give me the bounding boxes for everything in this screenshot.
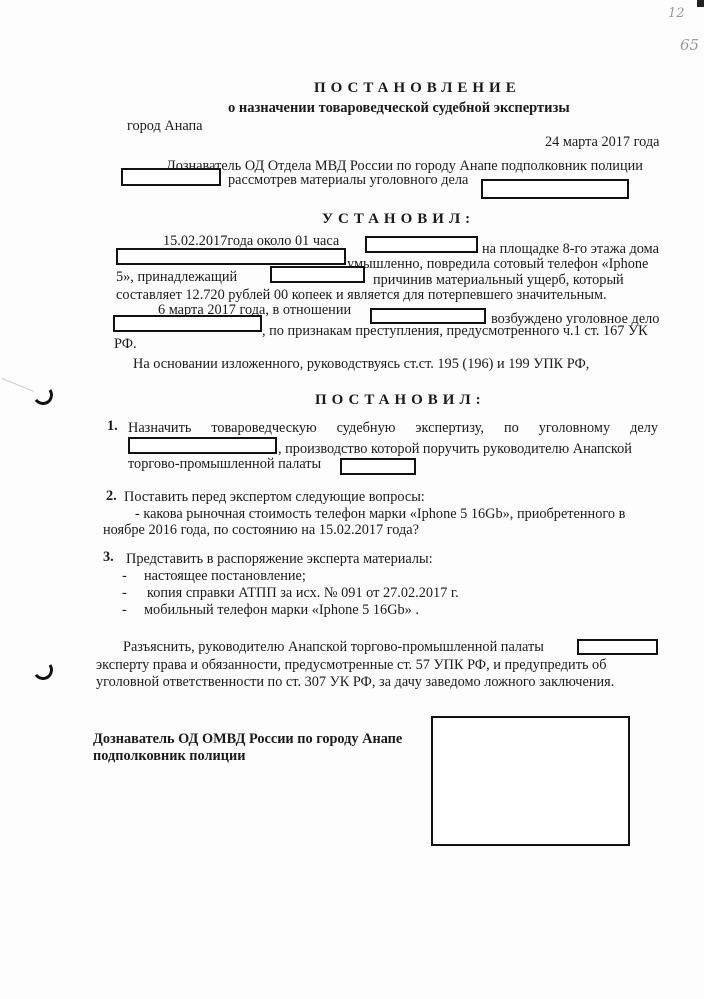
- intro-line: рассмотрев материалы уголовного дела: [228, 172, 468, 188]
- redacted-case-number: [481, 179, 629, 199]
- city: город Анапа: [127, 118, 203, 134]
- text-line: , по признакам преступления, предусмотре…: [262, 323, 648, 339]
- text-line: на площадке 8-го этажа дома: [482, 241, 659, 257]
- text-line: умышленно, повредила сотовый телефон «Ip…: [347, 256, 648, 272]
- item-line: - какова рыночная стоимость телефон марк…: [135, 506, 625, 522]
- explanation-line: эксперту права и обязанности, предусмотр…: [96, 657, 606, 673]
- signature-line: Дознаватель ОД ОМВД России по городу Ана…: [93, 731, 402, 747]
- section-heading-established: УСТАНОВИЛ:: [322, 211, 475, 227]
- redacted-expert-name: [577, 639, 658, 655]
- redacted-owner: [270, 266, 365, 283]
- redacted-name: [365, 236, 478, 253]
- redacted-name: [121, 168, 221, 186]
- punch-hole-mark: [31, 383, 54, 406]
- explanation-line: Разъяснить, руководителю Анапской торгов…: [123, 639, 544, 655]
- item-number: 1.: [107, 418, 118, 434]
- item-number: 3.: [103, 549, 114, 565]
- item-line: , производство которой поручить руководи…: [278, 441, 632, 457]
- margin-note: 12: [668, 6, 685, 21]
- text-line: причинив материальный ущерб, который: [373, 272, 624, 288]
- redacted-person: [113, 315, 262, 332]
- text-line: составляет 12.720 рублей 00 копеек и явл…: [116, 287, 607, 303]
- text-line: РФ.: [114, 336, 137, 352]
- bullet-dash: -: [122, 585, 127, 601]
- bullet-item: копия справки АТПП за исх. № 091 от 27.0…: [147, 585, 459, 601]
- item-line: ноябре 2016 года, по состоянию на 15.02.…: [103, 522, 419, 538]
- document-title: ПОСТАНОВЛЕНИЕ: [314, 80, 521, 96]
- document-date: 24 марта 2017 года: [545, 134, 660, 150]
- redacted-signature: [431, 716, 630, 846]
- redacted-person: [370, 308, 486, 324]
- item-line: Назначить товароведческую судебную экспе…: [128, 420, 658, 436]
- bullet-dash: -: [122, 602, 127, 618]
- item-line: Представить в распоряжение эксперта мате…: [126, 551, 433, 567]
- text-line: 15.02.2017года около 01 часа: [163, 233, 339, 249]
- corner-mark: [697, 0, 704, 7]
- item-line: Поставить перед экспертом следующие вопр…: [124, 489, 425, 505]
- bullet-item: мобильный телефон марки «Iphone 5 16Gb» …: [144, 602, 419, 618]
- bullet-dash: -: [122, 568, 127, 584]
- explanation-line: уголовной ответственности по ст. 307 УК …: [96, 674, 614, 690]
- scan-artifact: [2, 378, 34, 392]
- redacted-case-number: [128, 437, 277, 454]
- section-heading-resolved: ПОСТАНОВИЛ:: [315, 392, 486, 408]
- redacted-address: [116, 248, 346, 265]
- item-line: торгово-промышленной палаты: [128, 456, 321, 472]
- item-number: 2.: [106, 488, 117, 504]
- document-subtitle: о назначении товароведческой судебной эк…: [228, 100, 570, 116]
- text-line: 5», принадлежащий: [116, 269, 237, 285]
- redacted-name: [340, 458, 416, 475]
- bullet-item: настоящее постановление;: [144, 568, 306, 584]
- text-line: На основании изложенного, руководствуясь…: [133, 356, 589, 372]
- margin-note: 65: [680, 36, 699, 54]
- punch-hole-mark: [31, 658, 54, 681]
- signature-line: подполковник полиции: [93, 748, 245, 764]
